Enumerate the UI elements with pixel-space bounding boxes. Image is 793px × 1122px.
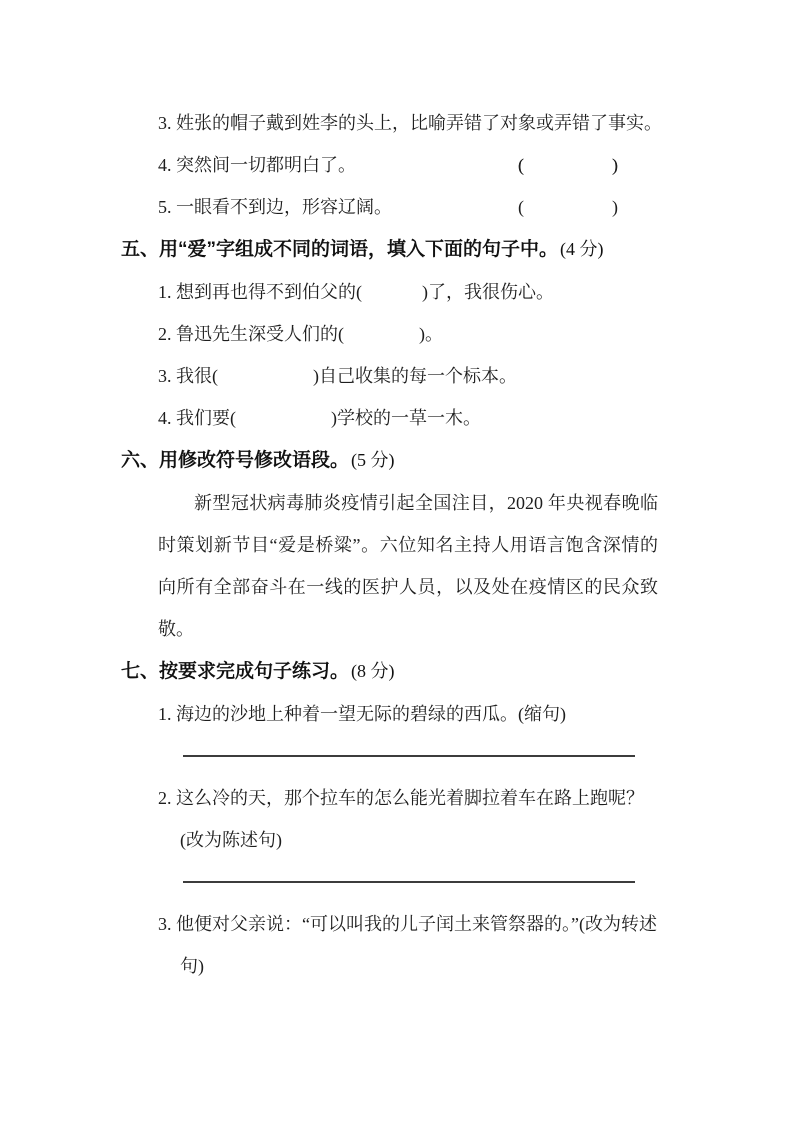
question-item-7-2: 2. 这么冷的天，那个拉车的怎么能光着脚拉着车在路上跑呢？(改为陈述句): [158, 777, 658, 861]
section-heading-5: 五、用“爱”字组成不同的词语，填入下面的句子中。(4 分): [121, 228, 683, 271]
answer-line-row: [121, 861, 683, 903]
question-item-5-1: 1. 想到再也得不到伯父的()了，我很伤心。: [158, 271, 683, 313]
question-text-pre: 3. 我很(: [158, 366, 218, 386]
section-score: (5 分): [351, 450, 395, 470]
question-item-7-1: 1. 海边的沙地上种着一望无际的碧绿的西瓜。(缩句): [158, 693, 683, 735]
section-score: (8 分): [351, 661, 395, 681]
fill-blank-gap: [236, 423, 331, 424]
answer-paren-blank: ( ): [518, 144, 618, 186]
question-item-4-5: 5. 一眼看不到边，形容辽阔。 ( ): [158, 186, 683, 228]
answer-write-line: [183, 881, 635, 883]
question-text-post: )学校的一草一木。: [331, 408, 481, 428]
question-text: 2. 这么冷的天，那个拉车的怎么能光着脚拉着车在路上跑呢？(改为陈述句): [158, 788, 644, 850]
question-text-pre: 4. 我们要(: [158, 408, 236, 428]
section-title: 六、用修改符号修改语段。: [121, 450, 349, 471]
question-item-4-4: 4. 突然间一切都明白了。 ( ): [158, 144, 683, 186]
section-heading-7: 七、按要求完成句子练习。(8 分): [121, 650, 683, 693]
exam-page: 3. 姓张的帽子戴到姓李的头上，比喻弄错了对象或弄错了事实。 ( ) 4. 突然…: [0, 0, 793, 1122]
open-paren: (: [518, 144, 524, 186]
question-item-5-3: 3. 我很()自己收集的每一个标本。: [158, 355, 683, 397]
question-text: 4. 突然间一切都明白了。: [158, 155, 356, 175]
close-paren: ): [612, 144, 618, 186]
section-title: 七、按要求完成句子练习。: [121, 661, 349, 682]
question-item-5-2: 2. 鲁迅先生深受人们的()。: [158, 313, 683, 355]
question-text-pre: 1. 想到再也得不到伯父的(: [158, 282, 362, 302]
open-paren: (: [518, 186, 524, 228]
question-text-post: )。: [419, 324, 443, 344]
question-text: 5. 一眼看不到边，形容辽阔。: [158, 197, 392, 217]
answer-write-line: [183, 755, 635, 757]
question-item-4-3: 3. 姓张的帽子戴到姓李的头上，比喻弄错了对象或弄错了事实。: [158, 102, 683, 144]
question-text: 3. 姓张的帽子戴到姓李的头上，比喻弄错了对象或弄错了事实。: [158, 113, 662, 133]
exam-content: 3. 姓张的帽子戴到姓李的头上，比喻弄错了对象或弄错了事实。 ( ) 4. 突然…: [121, 102, 683, 987]
question-text: 1. 海边的沙地上种着一望无际的碧绿的西瓜。(缩句): [158, 704, 566, 724]
section-score: (4 分): [560, 239, 604, 259]
section-title: 五、用“爱”字组成不同的词语，填入下面的句子中。: [121, 239, 558, 260]
question-item-5-4: 4. 我们要()学校的一草一木。: [158, 397, 683, 439]
answer-paren-blank: ( ): [518, 186, 618, 228]
question-text: 3. 他便对父亲说：“可以叫我的儿子闰土来管祭器的。”(改为转述句): [158, 914, 657, 976]
question-item-7-3: 3. 他便对父亲说：“可以叫我的儿子闰土来管祭器的。”(改为转述句): [158, 903, 670, 987]
fill-blank-gap: [218, 381, 313, 382]
answer-line-row: [121, 735, 683, 777]
close-paren: ): [612, 186, 618, 228]
fill-blank-gap: [362, 297, 422, 298]
revision-paragraph: 新型冠状病毒肺炎疫情引起全国注目，2020 年央视春晚临时策划新节目“爱是桥粱”…: [158, 482, 658, 650]
question-text-pre: 2. 鲁迅先生深受人们的(: [158, 324, 344, 344]
fill-blank-gap: [344, 339, 419, 340]
question-text-post: )自己收集的每一个标本。: [313, 366, 517, 386]
question-text-post: )了，我很伤心。: [422, 282, 554, 302]
section-heading-6: 六、用修改符号修改语段。(5 分): [121, 439, 683, 482]
